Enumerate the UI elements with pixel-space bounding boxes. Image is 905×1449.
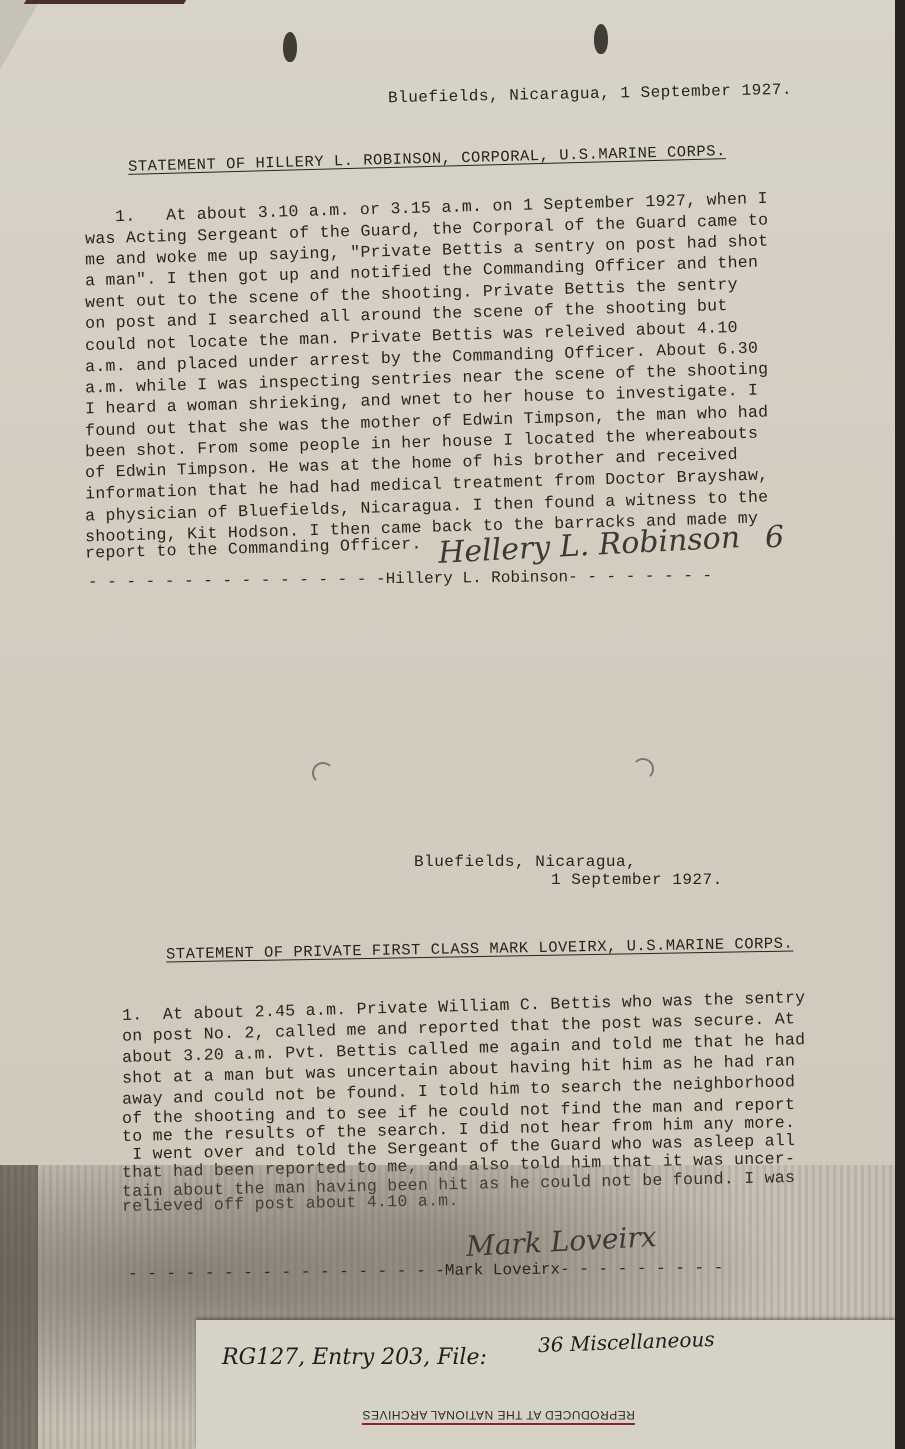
ghost-punch-mark-right [632, 758, 654, 780]
page-edge-shadow [24, 0, 186, 4]
archive-file-name: 36 Miscellaneous [538, 1327, 715, 1357]
statement-heading: STATEMENT OF PRIVATE FIRST CLASS MARK LO… [166, 935, 794, 964]
place-date: Bluefields, Nicaragua, 1 September 1927. [388, 81, 792, 107]
punch-hole-left [283, 32, 297, 62]
ghost-punch-mark-left [312, 762, 334, 784]
typed-signature-line: - - - - - - - - - - - - - - - -Hillery L… [88, 567, 712, 592]
folded-corner [0, 0, 40, 70]
archive-citation: RG127, Entry 203, File: [222, 1345, 487, 1370]
punch-hole-right [594, 24, 608, 54]
statement-heading: STATEMENT OF HILLERY L. ROBINSON, CORPOR… [128, 142, 726, 176]
handwritten-mark: 6 [764, 520, 785, 556]
place-line: Bluefields, Nicaragua, [414, 853, 636, 871]
national-archives-stamp: REPRODUCED AT THE NATIONAL ARCHIVES [362, 1408, 635, 1425]
date-line: 1 September 1927. [551, 871, 723, 889]
archive-label-slip: RG127, Entry 203, File: 36 Miscellaneous [196, 1320, 896, 1449]
scan-edge-right [895, 0, 905, 1449]
document-page: Bluefields, Nicaragua, 1 September 1927.… [0, 0, 895, 1449]
